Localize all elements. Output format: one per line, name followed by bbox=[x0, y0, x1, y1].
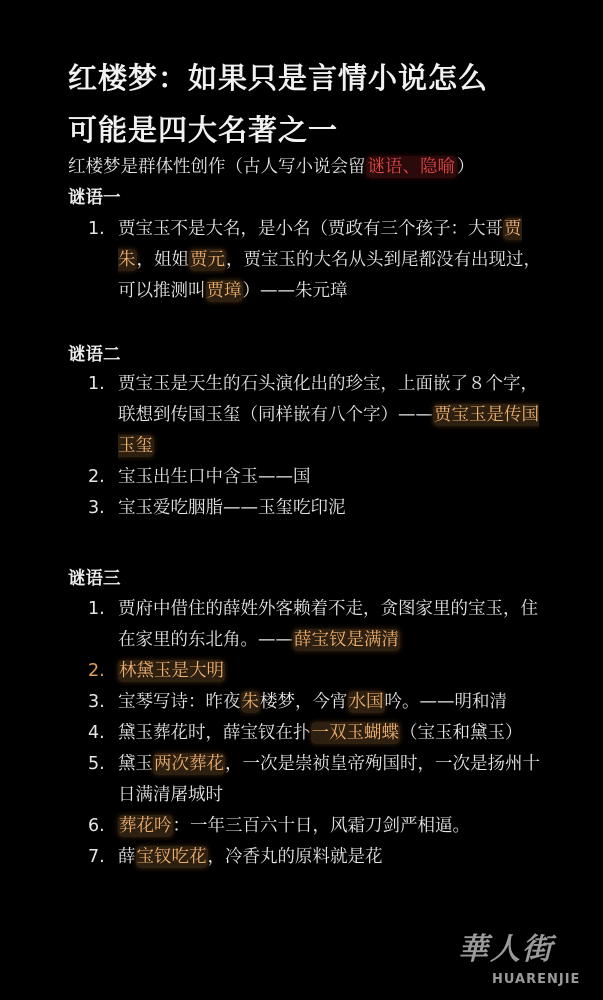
watermark-chinese: 華人街 bbox=[458, 930, 554, 970]
highlighted-text: 葬花吟 bbox=[118, 815, 173, 837]
list-item-text: 林黛玉是大明 bbox=[118, 656, 548, 687]
list-item-text: 葬花吟：一年三百六十日，风霜刀剑严相逼。 bbox=[118, 811, 548, 842]
text-segment: 宝玉爱吃胭脂——玉玺吃印泥 bbox=[118, 498, 346, 518]
list-item: 3.宝琴写诗：昨夜朱楼梦，今宵水国吟。——明和清 bbox=[88, 687, 548, 718]
watermark-logo: 華人街 HUARENJIE bbox=[452, 930, 597, 995]
text-segment: 黛玉 bbox=[118, 754, 153, 774]
list-item-text: 宝玉出生口中含玉——国 bbox=[118, 462, 548, 493]
highlighted-text: 朱 bbox=[241, 691, 261, 713]
list-item-number: 1. bbox=[88, 369, 118, 462]
title-line-2: 可能是四大名著之一 bbox=[68, 104, 548, 156]
list-item-text: 贾府中借住的薛姓外客赖着不走，贪图家里的宝玉，住在家里的东北角。——薛宝钗是满清 bbox=[118, 594, 548, 656]
list-item: 1.贾宝玉是天生的石头演化出的珍宝，上面嵌了８个字，联想到传国玉玺（同样嵌有八个… bbox=[88, 369, 548, 462]
highlighted-text: 水国 bbox=[348, 691, 385, 713]
text-segment: ，冷香丸的原料就是花 bbox=[208, 847, 383, 867]
list-item-number: 3. bbox=[88, 493, 118, 524]
list-item: 2.宝玉出生口中含玉——国 bbox=[88, 462, 548, 493]
text-segment: 薛 bbox=[118, 847, 136, 867]
list-item: 3.宝玉爱吃胭脂——玉玺吃印泥 bbox=[88, 493, 548, 524]
page-title: 红楼梦：如果只是言情小说怎么 可能是四大名著之一 bbox=[68, 52, 548, 156]
subtitle-close: ） bbox=[457, 157, 475, 177]
list-item-number: 3. bbox=[88, 687, 118, 718]
highlighted-text: 一双玉蝴蝶 bbox=[311, 722, 401, 744]
section-1-list: 1.贾宝玉不是大名，是小名（贾政有三个孩子：大哥贾朱，姐姐贾元，贾宝玉的大名从头… bbox=[88, 214, 548, 307]
highlighted-text: 林黛玉是大明 bbox=[118, 660, 225, 682]
text-segment: ，姐姐 bbox=[137, 250, 190, 270]
section-heading-2: 谜语二 bbox=[68, 341, 121, 369]
section-heading-1: 谜语一 bbox=[68, 184, 121, 212]
text-segment: 宝琴写诗：昨夜 bbox=[118, 692, 241, 712]
text-segment: ：一年三百六十日，风霜刀剑严相逼。 bbox=[173, 816, 471, 836]
subtitle: 红楼梦是群体性创作（古人写小说会留谜语、隐喻） bbox=[68, 152, 475, 182]
text-segment: 楼梦，今宵 bbox=[260, 692, 348, 712]
list-item-number: 7. bbox=[88, 842, 118, 873]
list-item: 6. 葬花吟：一年三百六十日，风霜刀剑严相逼。 bbox=[88, 811, 548, 842]
list-item: 4.黛玉葬花时，薛宝钗在扑一双玉蝴蝶（宝玉和黛玉） bbox=[88, 718, 548, 749]
list-item-number: 4. bbox=[88, 718, 118, 749]
list-item-text: 薛宝钗吃花，冷香丸的原料就是花 bbox=[118, 842, 548, 873]
list-item-number: 6. bbox=[88, 811, 118, 842]
highlighted-text: 薛宝钗是满清 bbox=[293, 629, 400, 651]
highlighted-text: 两次葬花 bbox=[153, 753, 225, 775]
text-segment: ）——朱元璋 bbox=[243, 281, 348, 301]
text-segment: 黛玉葬花时，薛宝钗在扑 bbox=[118, 723, 311, 743]
list-item-number: 1. bbox=[88, 214, 118, 307]
text-segment: 贾宝玉不是大名，是小名（贾政有三个孩子：大哥 bbox=[118, 219, 503, 239]
list-item-text: 贾宝玉是天生的石头演化出的珍宝，上面嵌了８个字，联想到传国玉玺（同样嵌有八个字）… bbox=[118, 369, 548, 462]
subtitle-highlight: 谜语、隐喻 bbox=[366, 156, 458, 178]
list-item: 1.贾宝玉不是大名，是小名（贾政有三个孩子：大哥贾朱，姐姐贾元，贾宝玉的大名从头… bbox=[88, 214, 548, 307]
subtitle-text: 红楼梦是群体性创作（古人写小说会留 bbox=[68, 157, 366, 177]
list-item: 5.黛玉两次葬花，一次是崇祯皇帝殉国时，一次是扬州十日满清屠城时 bbox=[88, 749, 548, 811]
list-item-number: 2. bbox=[88, 656, 118, 687]
document-page: 红楼梦：如果只是言情小说怎么 可能是四大名著之一 红楼梦是群体性创作（古人写小说… bbox=[0, 0, 603, 1000]
highlighted-text: 贾元 bbox=[189, 249, 226, 271]
section-heading-3: 谜语三 bbox=[68, 565, 121, 593]
text-segment: 宝玉出生口中含玉——国 bbox=[118, 467, 311, 487]
list-item: 1.贾府中借住的薛姓外客赖着不走，贪图家里的宝玉，住在家里的东北角。——薛宝钗是… bbox=[88, 594, 548, 656]
list-item-text: 黛玉葬花时，薛宝钗在扑一双玉蝴蝶（宝玉和黛玉） bbox=[118, 718, 548, 749]
text-segment: 吟。——明和清 bbox=[385, 692, 508, 712]
list-item-text: 贾宝玉不是大名，是小名（贾政有三个孩子：大哥贾朱，姐姐贾元，贾宝玉的大名从头到尾… bbox=[118, 214, 548, 307]
list-item: 7.薛宝钗吃花，冷香丸的原料就是花 bbox=[88, 842, 548, 873]
list-item-text: 宝玉爱吃胭脂——玉玺吃印泥 bbox=[118, 493, 548, 524]
list-item-number: 2. bbox=[88, 462, 118, 493]
list-item: 2.林黛玉是大明 bbox=[88, 656, 548, 687]
watermark-english: HUARENJIE bbox=[492, 972, 580, 987]
title-line-1: 红楼梦：如果只是言情小说怎么 bbox=[68, 52, 548, 104]
text-segment: （宝玉和黛玉） bbox=[400, 723, 523, 743]
highlighted-text: 贾璋 bbox=[206, 280, 243, 302]
list-item-text: 宝琴写诗：昨夜朱楼梦，今宵水国吟。——明和清 bbox=[118, 687, 548, 718]
list-item-number: 1. bbox=[88, 594, 118, 656]
section-3-list: 1.贾府中借住的薛姓外客赖着不走，贪图家里的宝玉，住在家里的东北角。——薛宝钗是… bbox=[88, 594, 548, 873]
highlighted-text: 宝钗吃花 bbox=[136, 846, 208, 868]
section-2-list: 1.贾宝玉是天生的石头演化出的珍宝，上面嵌了８个字，联想到传国玉玺（同样嵌有八个… bbox=[88, 369, 548, 524]
list-item-text: 黛玉两次葬花，一次是崇祯皇帝殉国时，一次是扬州十日满清屠城时 bbox=[118, 749, 548, 811]
list-item-number: 5. bbox=[88, 749, 118, 811]
